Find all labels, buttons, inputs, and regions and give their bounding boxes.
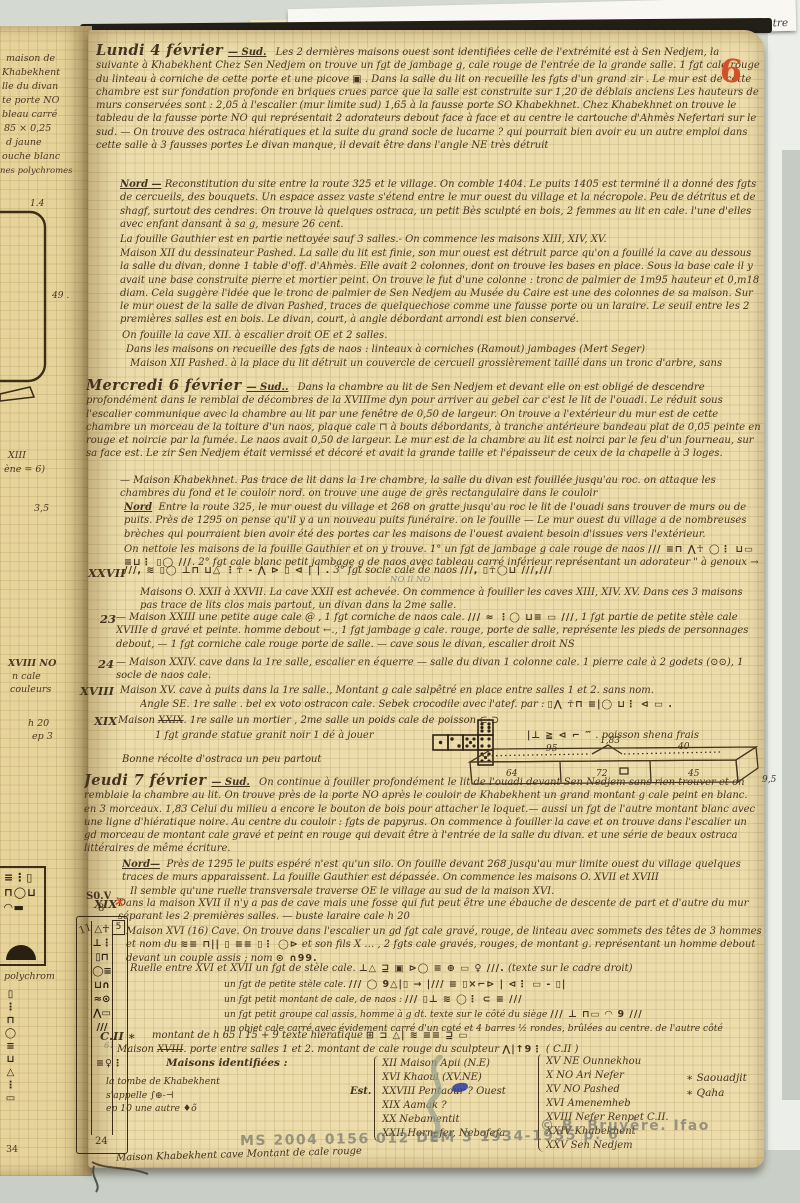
houses-list-label: Maisons identifiées : — [166, 1057, 356, 1072]
binding-threads — [88, 1160, 158, 1196]
hieroglyph-sketch: ///, ▯☥◯⊔ ///,/// — [460, 565, 553, 576]
lintel-total: 1,83 — [600, 736, 620, 746]
facing-note: h 20 — [28, 718, 49, 730]
facing-note: 3,5 — [34, 503, 49, 515]
note-maison-15-exvoto: Angle SE. 1re salle . bel ex voto ostrac… — [140, 698, 762, 713]
note-ruelle-16-17: Ruelle entre XVI et XVII un fgt de stèle… — [130, 962, 762, 976]
note-cave-12: On fouille la cave XII. à escalier droit… — [122, 329, 762, 343]
note-maison-16: Maison XVI (16) Cave. On trouve dans l'e… — [126, 925, 764, 966]
sov-dim-right: 5 — [116, 922, 122, 932]
background-right-grey — [782, 150, 800, 1100]
hieroglyph-sketch: ▯⋀ ☥⊓ ≡|◯ ⊔⋮ ⊲ ▭ . — [548, 699, 673, 710]
facing-fragment: te porte NO — [2, 95, 59, 107]
facing-fragment: 85 × 0,25 — [4, 123, 51, 135]
hieroglyph-sketch: /// ⊥ ⊓▭ ◠ 9 /// — [550, 1009, 643, 1020]
houses-col1-row: XIX Aamak ? — [382, 1099, 542, 1113]
nord-body: Entre la route 325, le mur ouest du vill… — [124, 502, 746, 540]
page-number: 6 — [718, 51, 744, 91]
sketch-dim: 1.4 — [30, 199, 45, 209]
note-maison-17: Dans la maison XVII il n'y a pas de cave… — [118, 897, 762, 924]
stele-text: un fgt de petite stèle cale. — [224, 979, 349, 990]
hieroglyph-sketch: ≡⋮▯ ⊓◯⊔ ◠▬ — [4, 870, 37, 915]
note-maison-12: Maison XII du dessinateur Pashed. La sal… — [120, 247, 762, 329]
houses-col3-row: ∗ Qaha — [686, 1087, 766, 1103]
m19-text: 1 fgt grande statue granit noir 1 dé à j… — [155, 730, 374, 741]
facing-page-number: 34 — [6, 1144, 18, 1156]
note-maisons-o: Maisons O. XXII à XXVII. La cave XXII es… — [140, 586, 762, 614]
facing-fragment: nes polychromes — [0, 165, 73, 177]
margin-note-23: 23 — [100, 612, 116, 626]
note-bonne-recolte: Bonne récolte d'ostraca un peu partout — [122, 753, 422, 767]
facing-hieroglyph-strip: ▯ ⋮ ⊓ ◯ ≡ ⊔ △ ⋮ ▭ — [2, 988, 20, 1105]
m18-text: . porte entre salles 1 et 2. montant de … — [183, 1044, 502, 1055]
houses-col2-row: XV NO Pashed — [546, 1083, 686, 1097]
entry-jeudi-section: — Sud. — [211, 777, 255, 788]
entry-mercredi-section: — Sud.. — [247, 382, 295, 393]
entry-mercredi-date: Mercredi 6 février — [86, 377, 247, 394]
houses-col2-row: XV NE Ounnekhou — [546, 1055, 686, 1069]
nord-label: Nord — — [120, 179, 162, 190]
entry-lundi: Lundi 4 février— Sud. Les 2 dernières ma… — [96, 42, 760, 176]
facing-fragment: bleau carré — [2, 109, 57, 121]
houses-col1-row: XII Maison Apii (N.E) — [382, 1057, 542, 1071]
note-maison-24: — Maison XXIV. cave dans la 1re salle, e… — [116, 656, 764, 684]
sov-dim-right-box: 5 — [112, 920, 125, 935]
entry-jeudi-body: On continue à fouiller profondément le l… — [84, 777, 755, 854]
r16-text: (texte sur le cadre droit) — [505, 963, 633, 974]
facing-note: ep 3 — [32, 731, 53, 743]
facing-note: XVIII NO — [8, 658, 56, 670]
note-nord-route325: Nord Entre la route 325, le mur ouest du… — [124, 501, 762, 543]
hieroglyph-sketch: ≋≡ ⊓|| ▯ ≡≡ ▯⋮ ◯⊳ — [180, 939, 298, 950]
montant-text: un fgt petit montant de cale, de naos : — [224, 994, 405, 1005]
entry-mercredi-body: Dans la chambre au lit de Sen Nedjem et … — [86, 382, 761, 459]
entry-lundi-body: Chez Sen Nedjem on trouve un fgt de jamb… — [96, 60, 760, 151]
nord-label: Nord— — [122, 859, 160, 870]
nettoie-text: On nettoie les maisons de la fouille Gau… — [124, 544, 648, 555]
note-nord-silo: Nord— Près de 1295 le puits espéré n'est… — [122, 858, 762, 885]
note-khabekhnet: — Maison Khabekhnet. Pas trace de lit da… — [120, 474, 762, 501]
facing-object-sketch: 1.4 49 . — [0, 194, 78, 406]
note-naos-fragments: Dans les maisons on recueille des fgts d… — [126, 343, 762, 357]
note-petite-stele: un fgt de petite stèle cale. /// ◯ 9△|▯ … — [224, 978, 764, 992]
hieroglyph-sketch: ⊥△ ⊒ ▣ ⊳◯ ≡ ⊕ ▭ ♀ ///. — [359, 963, 505, 974]
houses-brace-left — [374, 1056, 381, 1142]
crossed-out-number: XXIX — [158, 715, 183, 726]
facing-fragment: d jaune — [6, 137, 42, 149]
houses-col2-row: X NO Ari Nefer — [546, 1069, 686, 1083]
nord-label: Nord — [124, 502, 152, 513]
sov-dim-top: 8 — [98, 902, 104, 915]
facing-note: n cale — [12, 671, 41, 683]
hieroglyph-sketch: △☥ ⊥⋮ ▯⊓ ◯≡ ⊔∩ ≈⊙ ⋀▭ /// — [92, 923, 112, 1035]
note-fouille-gauthier: La fouille Gauthier est en partie nettoy… — [120, 233, 760, 247]
facing-fragment: maison de — [6, 53, 55, 65]
facing-fragment: Khabekhent — [2, 67, 60, 79]
facing-note: XIII — [8, 450, 26, 462]
nord-body: Reconstitution du site entre la route 32… — [120, 179, 756, 230]
ink-blob — [6, 945, 36, 960]
m15-text: Angle SE. 1re salle . bel ex voto ostrac… — [140, 699, 548, 710]
facing-fragment: ouche blanc — [2, 151, 60, 163]
hieroglyph-sketch: /// ≡⊓ ⋀☥ ◯⋮ ⊔▭ — [648, 544, 754, 555]
hieroglyph-sketch: /// ◯ 9△|▯ → |/// ≡ ▯×⌐⊳ | ⊲⋮ ▭ - ▯| — [349, 979, 567, 990]
c2-text: montant de h 65 l 15 + 9 texte hiératiqu… — [152, 1030, 366, 1041]
sov-dim-bottom: 24 — [95, 1135, 108, 1148]
watermark-copyright: © B. Bruyère. Ifao — [540, 1118, 710, 1134]
facing-framed-hieroglyph-sketch: ≡⋮▯ ⊓◯⊔ ◠▬ — [0, 866, 46, 966]
m19-text: Maison — [118, 715, 158, 726]
margin-note-xviii: XVIII — [80, 684, 114, 698]
note-nord-reconstitution: Nord — Reconstitution du site entre la r… — [120, 178, 760, 233]
crossed-out-number: XVIII — [157, 1044, 183, 1055]
m23-text: — Maison XXIII une petite auge cale @ , … — [116, 612, 468, 623]
note-petit-groupe: un fgt petit groupe cal assis, homme à g… — [224, 1008, 764, 1022]
facing-note: ène = 6) — [4, 464, 45, 476]
houses-est-label: Est. — [350, 1085, 380, 1099]
entry-jeudi: Jeudi 7 février— Sud. On continue à foui… — [84, 772, 762, 857]
margin-note-24: 24 — [98, 657, 114, 671]
note-xxvii-hieroglyphs: ///, ≋ ▯◯ ⊥⊓ ⊔△ ⋮☥ - ⋀ ⊳ ▯ ⊲ | | . 3° fg… — [124, 564, 762, 579]
note-c2-montant: montant de h 65 l 15 + 9 texte hiératiqu… — [152, 1029, 762, 1044]
houses-col2-row: XVI Amenemheb — [546, 1097, 686, 1111]
entry-lundi-date: Lundi 4 février — [96, 42, 228, 59]
facing-note: polychrom — [4, 971, 55, 983]
note-maison-15: Maison XV. cave à puits dans la 1re sall… — [120, 684, 760, 698]
hieroglyph-sketch: ///, ≋ ▯◯ ⊥⊓ ⊔△ ⋮☥ - ⋀ ⊳ ▯ ⊲ | | . — [124, 565, 330, 576]
lintel-dim: 40 — [677, 742, 690, 752]
lintel-height: 9,5 — [762, 775, 777, 785]
nord-body: Près de 1295 le puits espéré n'est qu'un… — [122, 859, 741, 883]
sketch-dim: 49 . — [51, 291, 69, 301]
r16-text: Ruelle entre XVI et XVII un fgt de stèle… — [130, 963, 359, 974]
m18-text: ( C.II ) — [543, 1044, 579, 1055]
hieroglyph-sketch: /// ≈ ⋮◯ ⊔≡ ▭ /// — [468, 612, 575, 623]
scanned-notebook-photo: { "page": { "number": "6", "footer_capti… — [0, 0, 800, 1203]
entry-jeudi-date: Jeudi 7 février — [84, 772, 211, 789]
margin-note-xxvii: XXVII — [88, 566, 126, 580]
hieroglyph-sketch: ⋀|↑9⋮ — [502, 1044, 543, 1055]
sov-inner-column: △☥ ⊥⋮ ▯⊓ ◯≡ ⊔∩ ≈⊙ ⋀▭ /// — [91, 921, 113, 1135]
entry-mercredi: Mercredi 6 février— Sud.. Dans la chambr… — [86, 377, 762, 473]
entry-lundi-section: — Sud. — [228, 47, 272, 58]
red-check-mark: × — [112, 893, 127, 911]
groupe-text: un fgt petit groupe cal assis, homme à g… — [224, 1009, 550, 1020]
facing-fragment: lle du divan — [2, 81, 58, 93]
note-petit-montant: un fgt petit montant de cale, de naos : … — [224, 993, 764, 1007]
hieroglyph-sketch: ⊞ ⊐ △| ≋ ≡≡ ⊒ ▭ — [366, 1030, 468, 1041]
sov-column-sketch: S0.V × 8 11 5 △☥ ⊥⋮ ▯⊓ ◯≡ ⊔∩ ≈⊙ ⋀▭ /// 2… — [74, 890, 132, 1162]
note-couvercle: Maison XII Pashed. à la place du lit dét… — [130, 357, 762, 371]
lintel-dim: 95 — [546, 744, 558, 754]
sov-outer-box: 11 5 △☥ ⊥⋮ ▯⊓ ◯≡ ⊔∩ ≈⊙ ⋀▭ /// 24 — [76, 916, 128, 1154]
hieroglyph-sketch: /// ▯⊥ ≋ ◯⋮ ⊂ ≡ /// — [405, 994, 523, 1005]
facing-note: couleurs — [10, 684, 51, 696]
margin-note-xix: XIX — [94, 714, 117, 728]
houses-col1-row: XX Nebamentit — [382, 1113, 542, 1127]
houses-col3-row: ∗ Saouadjit — [686, 1072, 766, 1088]
